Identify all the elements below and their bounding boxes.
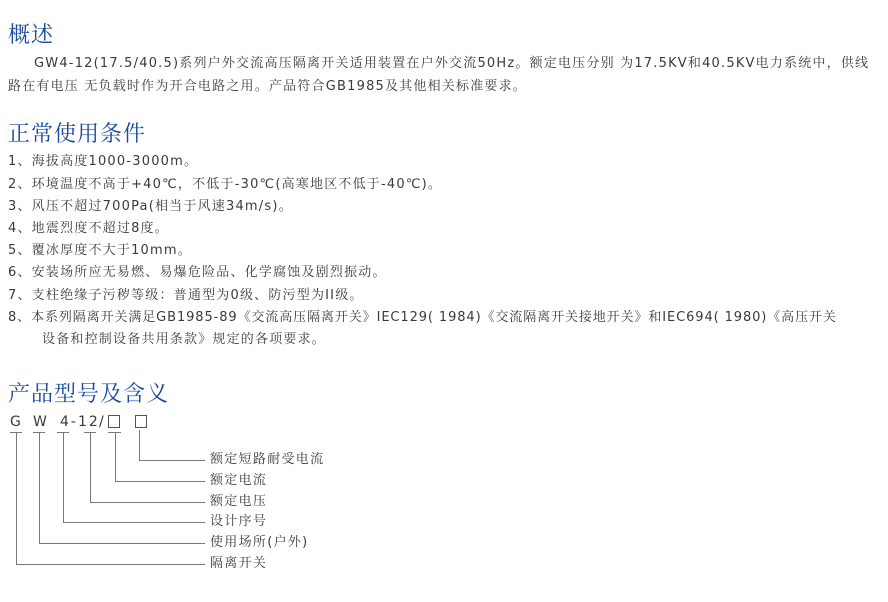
condition-item-7: 7、支柱绝缘子污秽等级：普通型为0级、防污型为II级。 xyxy=(8,285,364,307)
vline-4 xyxy=(63,432,64,522)
meaning-disconnector: 隔离开关 xyxy=(210,556,267,572)
code-series: 4-12 xyxy=(60,413,100,431)
section-title-conditions: 正常使用条件 xyxy=(8,122,146,148)
hline-w xyxy=(39,543,205,544)
code-w: W xyxy=(33,413,47,431)
meaning-usage-location: 使用场所(户外) xyxy=(210,535,309,551)
code-slash: / xyxy=(99,413,104,431)
code-g: G xyxy=(10,413,21,431)
meaning-short-circuit-current: 额定短路耐受电流 xyxy=(210,452,324,468)
meaning-design-number: 设计序号 xyxy=(210,514,267,530)
condition-item-1: 1、海拔高度1000-3000m。 xyxy=(8,151,198,173)
overview-paragraph: GW4-12(17.5/40.5)系列户外交流高压隔离开关适用装置在户外交流50… xyxy=(8,52,880,98)
condition-item-4: 4、地震烈度不超过8度。 xyxy=(8,218,169,240)
section-title-model: 产品型号及含义 xyxy=(8,382,169,408)
vline-12 xyxy=(90,432,91,502)
vline-box2 xyxy=(139,430,140,460)
vline-w xyxy=(39,432,40,543)
meaning-rated-current: 额定电流 xyxy=(210,473,267,489)
condition-item-5: 5、覆冰厚度不大于10mm。 xyxy=(8,240,192,262)
vline-box1 xyxy=(115,432,116,481)
hline-box2 xyxy=(139,460,205,461)
vline-g xyxy=(16,432,17,564)
code-box-rated-current xyxy=(108,415,120,428)
meaning-rated-voltage: 额定电压 xyxy=(210,494,267,510)
code-box-short-circuit-current xyxy=(135,415,147,428)
hline-12 xyxy=(90,502,205,503)
condition-item-8: 8、本系列隔离开关满足GB1985-89《交流高压隔离开关》IEC129( 19… xyxy=(8,307,837,329)
condition-item-3: 3、风压不超过700Pa(相当于风速34m/s)。 xyxy=(8,196,293,218)
condition-item-6: 6、安装场所应无易燃、易爆危险品、化学腐蚀及剧烈振动。 xyxy=(8,262,387,284)
section-title-overview: 概述 xyxy=(8,23,54,49)
condition-item-2: 2、环境温度不高于+40℃，不低于-30℃(高寒地区不低于-40℃)。 xyxy=(8,174,442,196)
hline-4 xyxy=(63,522,205,523)
hline-box1 xyxy=(115,481,205,482)
hline-g xyxy=(16,564,205,565)
condition-item-8-continuation: 设备和控制设备共用条款》规定的各项要求。 xyxy=(42,329,326,351)
